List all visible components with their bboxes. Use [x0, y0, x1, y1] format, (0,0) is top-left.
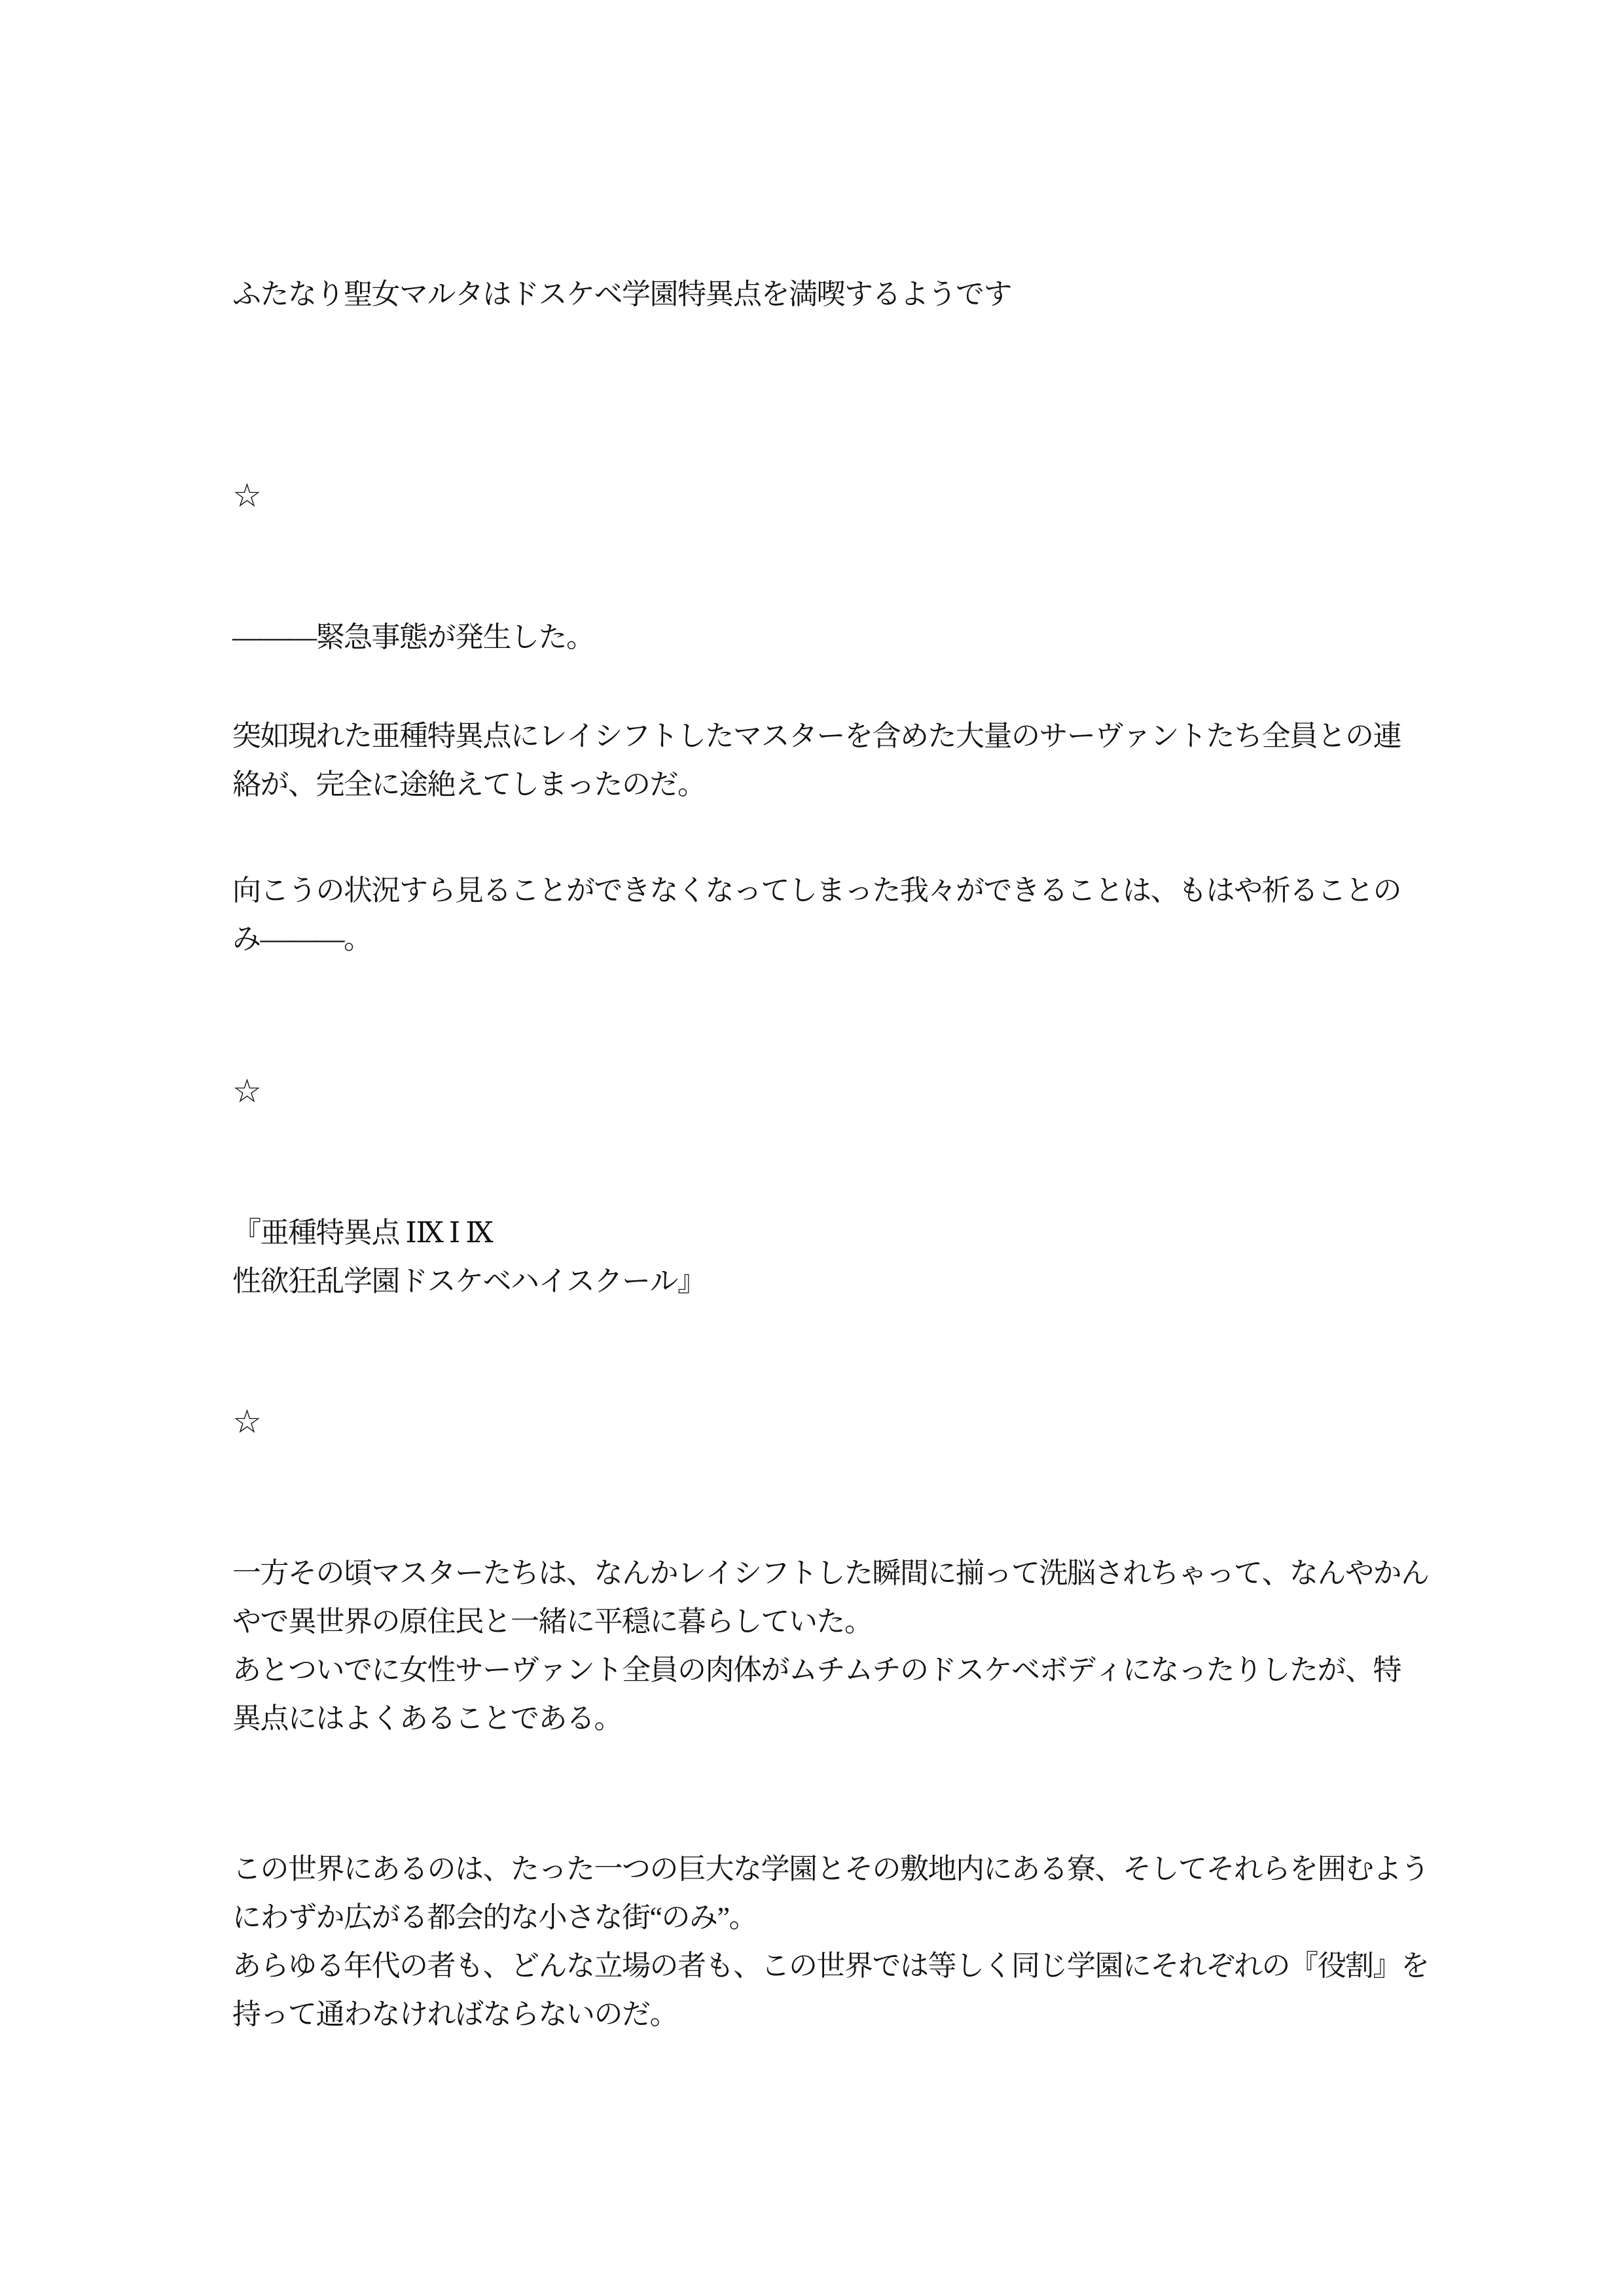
- text-line: ———緊急事態が発生した。: [232, 613, 594, 662]
- paragraph-contact-lost: 突如現れた亜種特異点にレイシフトしたマスターを含めた大量のサーヴァントたち全員と…: [232, 712, 1401, 809]
- star-divider-2: ☆: [232, 1067, 262, 1115]
- document-page: ふたなり聖女マルタはドスケベ学園特異点を満喫するようです ☆ ———緊急事態が発…: [0, 0, 1624, 2296]
- paragraph-emergency: ———緊急事態が発生した。: [232, 613, 594, 662]
- star-icon: ☆: [232, 1073, 262, 1109]
- star-icon: ☆: [232, 477, 262, 514]
- star-icon: ☆: [232, 1403, 262, 1440]
- text-line: にわずか広がる都会的な小さな街“のみ”。: [232, 1893, 1429, 1942]
- paragraph-masters: 一方その頃マスターたちは、なんかレイシフトした瞬間に揃って洗脳されちゃって、なん…: [232, 1549, 1429, 1743]
- text-line: 突如現れた亜種特異点にレイシフトしたマスターを含めた大量のサーヴァントたち全員と…: [232, 712, 1401, 761]
- text-line: あらゆる年代の者も、どんな立場の者も、この世界では等しく同じ学園にそれぞれの『役…: [232, 1942, 1429, 1990]
- paragraph-singularity-name: 『亜種特異点 ⅠⅨ Ⅰ Ⅸ性欲狂乱学園ドスケベハイスクール』: [232, 1209, 706, 1306]
- text-line: 一方その頃マスターたちは、なんかレイシフトした瞬間に揃って洗脳されちゃって、なん…: [232, 1549, 1429, 1598]
- star-divider-3: ☆: [232, 1397, 262, 1446]
- text-line: あとついでに女性サーヴァント全員の肉体がムチムチのドスケベボディになったりしたが…: [232, 1646, 1429, 1695]
- text-line: 異点にはよくあることである。: [232, 1695, 1429, 1743]
- star-divider-1: ☆: [232, 471, 262, 520]
- text-line: 性欲狂乱学園ドスケベハイスクール』: [232, 1257, 706, 1306]
- text-line: やで異世界の原住民と一緒に平穏に暮らしていた。: [232, 1598, 1429, 1646]
- text-line: 持って通わなければならないのだ。: [232, 1990, 1429, 2039]
- text-line: 『亜種特異点 ⅠⅨ Ⅰ Ⅸ: [232, 1209, 706, 1257]
- paragraph-only-pray: 向こうの状況すら見ることができなくなってしまった我々ができることは、もはや祈るこ…: [232, 867, 1401, 963]
- text-line: み———。: [232, 915, 1401, 963]
- text-line: 絡が、完全に途絶えてしまったのだ。: [232, 761, 1401, 809]
- page-title-text: ふたなり聖女マルタはドスケベ学園特異点を満喫するようです: [232, 270, 1011, 319]
- text-line: この世界にあるのは、たった一つの巨大な学園とその敷地内にある寮、そしてそれらを囲…: [232, 1845, 1429, 1893]
- page-title: ふたなり聖女マルタはドスケベ学園特異点を満喫するようです: [232, 270, 1011, 319]
- paragraph-world: この世界にあるのは、たった一つの巨大な学園とその敷地内にある寮、そしてそれらを囲…: [232, 1845, 1429, 2039]
- text-line: 向こうの状況すら見ることができなくなってしまった我々ができることは、もはや祈るこ…: [232, 867, 1401, 915]
